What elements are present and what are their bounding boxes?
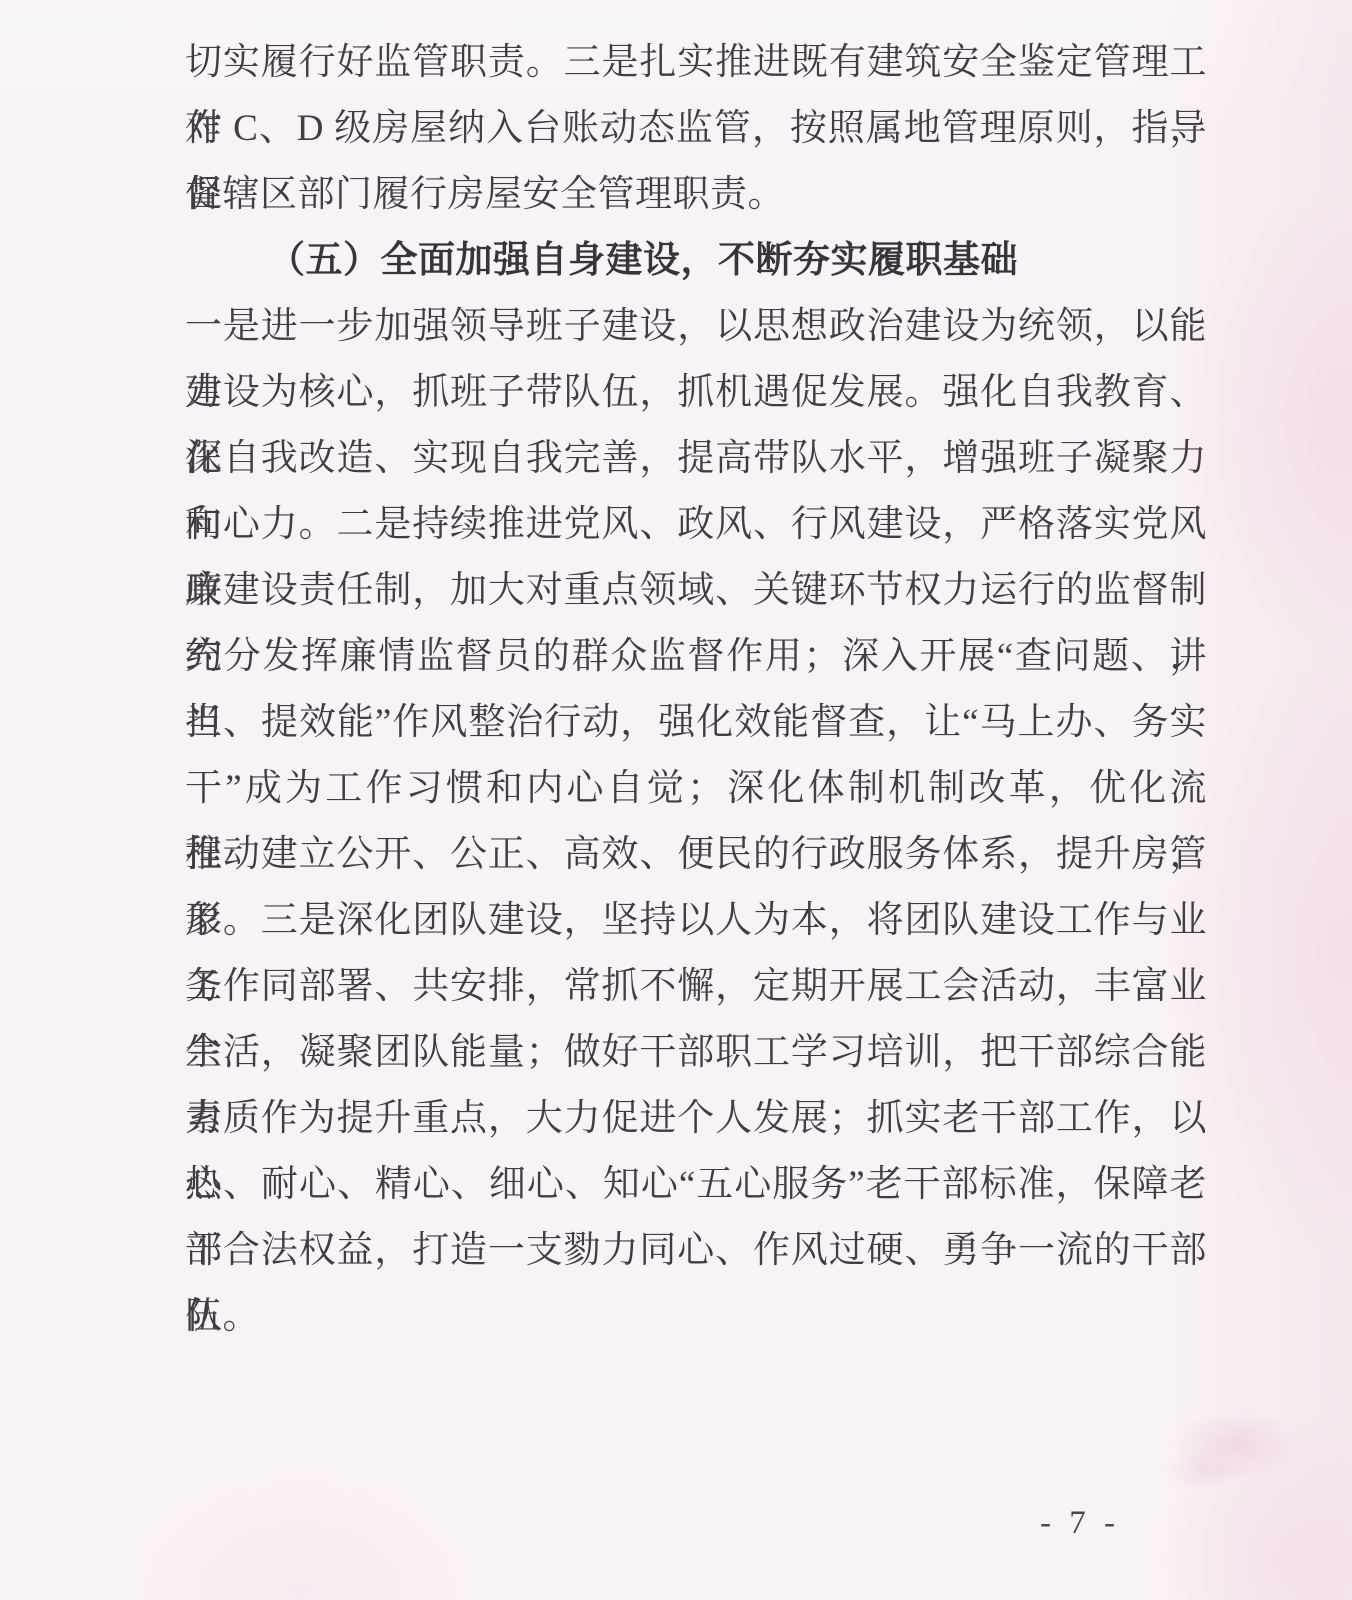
body-line: 部合法权益，打造一支勠力同心、作风过硬、勇争一流的干部队	[185, 1218, 1207, 1284]
body-line: 干”成为工作习惯和内心自觉；深化体制机制改革，优化流程，	[185, 756, 1207, 822]
body-line: 生活，凝聚团队能量；做好干部职工学习培训，把干部综合能力	[185, 1020, 1207, 1086]
body-line: 心、耐心、精心、细心、知心“五心服务”老干部标准，保障老干	[185, 1152, 1207, 1218]
section-heading: （五）全面加强自身建设，不断夯实履职基础	[185, 228, 1207, 294]
body-line: 推动建立公开、公正、高效、便民的行政服务体系，提升房管形	[185, 822, 1207, 888]
body-line: 建设为核心，抓班子带队伍，抓机遇促发展。强化自我教育、深	[185, 360, 1207, 426]
body-line: 促辖区部门履行房屋安全管理职责。	[185, 162, 1207, 228]
body-line: 象。三是深化团队建设，坚持以人为本，将团队建设工作与业务	[185, 888, 1207, 954]
body-line: 工作同部署、共安排，常抓不懈，定期开展工会活动，丰富业余	[185, 954, 1207, 1020]
body-line: 化自我改造、实现自我完善，提高带队水平，增强班子凝聚力和	[185, 426, 1207, 492]
body-line: 对 C、D 级房屋纳入台账动态监管，按照属地管理原则，指导督	[185, 96, 1207, 162]
body-line: 充分发挥廉情监督员的群众监督作用；深入开展“查问题、讲担	[185, 624, 1207, 690]
body-line: 当、提效能”作风整治行动，强化效能督查，让“马上办、务实	[185, 690, 1207, 756]
body-line: 政建设责任制，加大对重点领域、关键环节权力运行的监督制约，	[185, 558, 1207, 624]
body-line: 伍。	[185, 1284, 1207, 1350]
document-body: 切实履行好监管职责。三是扎实推进既有建筑安全鉴定管理工作， 对 C、D 级房屋纳…	[185, 30, 1207, 1350]
body-line: 素质作为提升重点，大力促进个人发展；抓实老干部工作，以热	[185, 1086, 1207, 1152]
body-line: 向心力。二是持续推进党风、政风、行风建设，严格落实党风廉	[185, 492, 1207, 558]
body-line: 切实履行好监管职责。三是扎实推进既有建筑安全鉴定管理工作，	[185, 30, 1207, 96]
body-line: 一是进一步加强领导班子建设，以思想政治建设为统领，以能力	[185, 294, 1207, 360]
page-number: - 7 -	[1040, 1505, 1120, 1542]
